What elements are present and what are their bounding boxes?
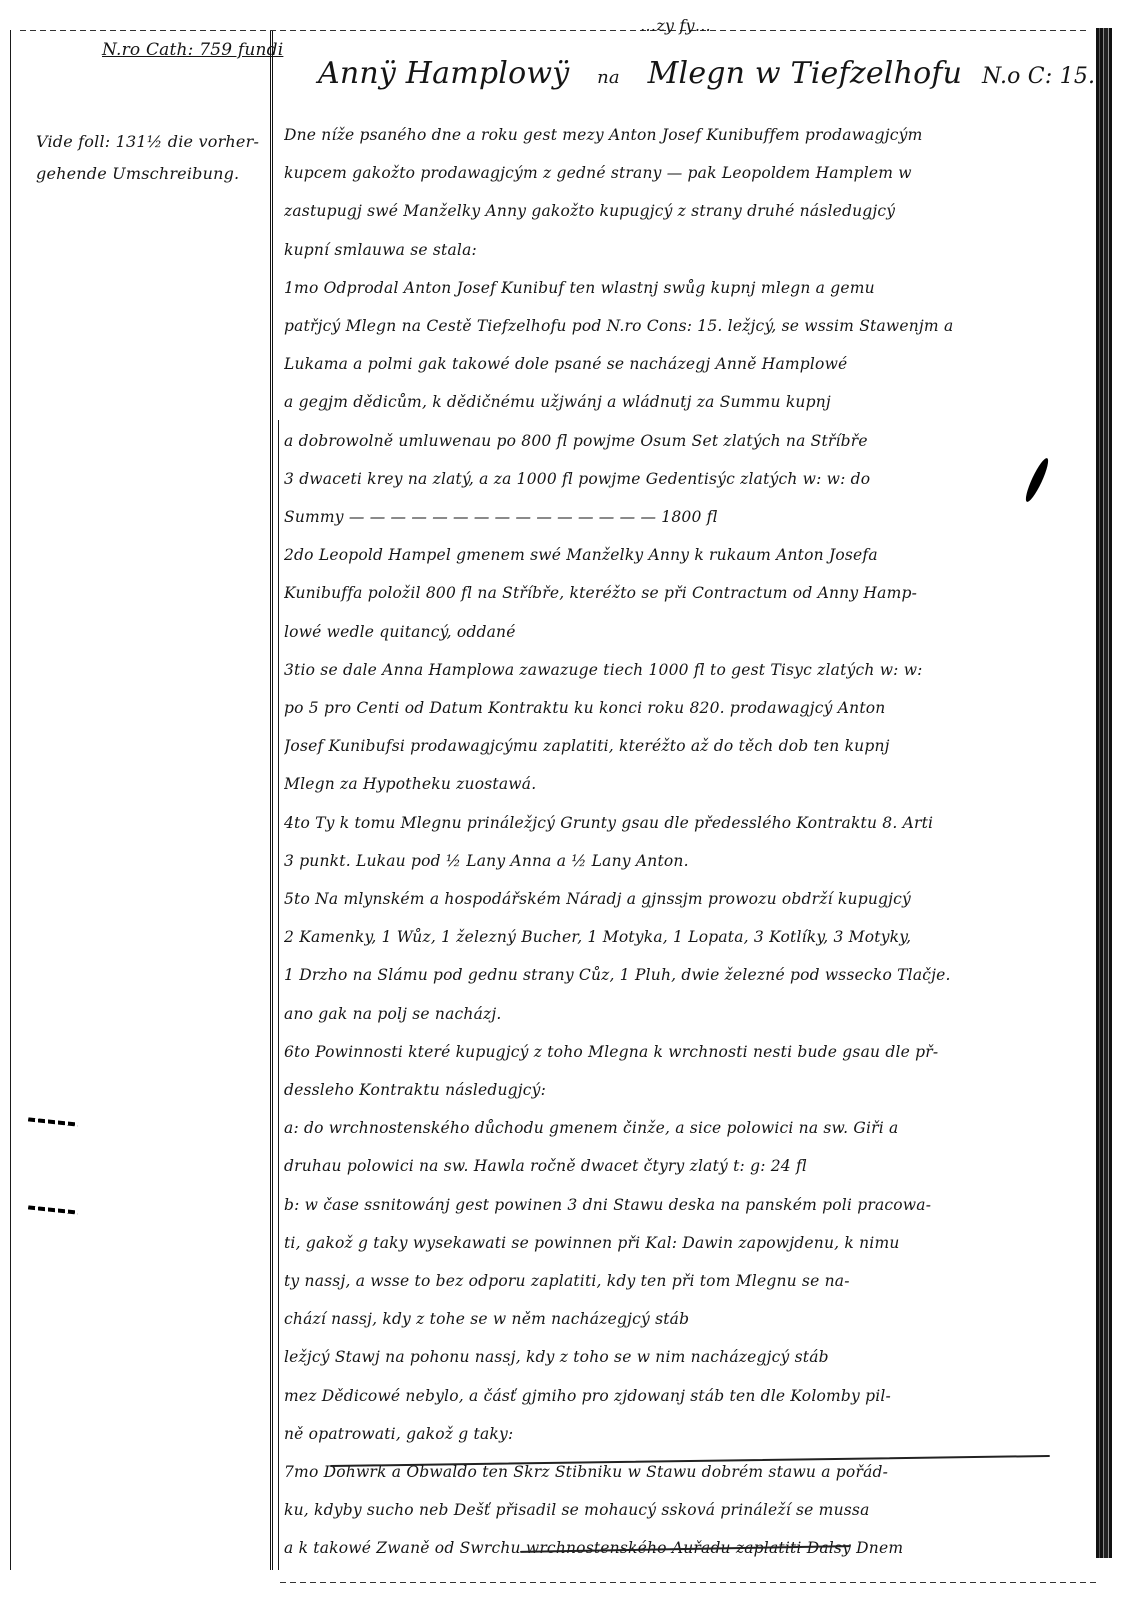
record-line: mez Dědicowé nebylo, a čásť gjmiho pro z… (284, 1387, 891, 1405)
record-line: Mlegn za Hypotheku zuostawá. (284, 775, 536, 793)
record-line: po 5 pro Centi od Datum Kontraktu ku kon… (284, 699, 885, 717)
record-line: Josef Kunibufsi prodawagjcýmu zaplatiti,… (284, 737, 890, 755)
title-recipient: Annÿ Hamplowÿ (318, 56, 569, 91)
catalog-number-note: N.ro Cath: 759 fundi (102, 40, 283, 60)
record-line: a dobrowolně umluwenau po 800 fl powjme … (284, 432, 868, 450)
record-title: Annÿ Hamplowÿ na Mlegn w Tiefzelhofu N.o… (318, 56, 1095, 91)
record-line: 3tio se dale Anna Hamplowa zawazuge tiec… (284, 661, 923, 679)
record-line: patřjcý Mlegn na Cestě Tiefzelhofu pod N… (284, 317, 953, 335)
record-line: a: do wrchnostenského důchodu gmenem čin… (284, 1119, 899, 1137)
record-line: 2 Kamenky, 1 Wůz, 1 železný Bucher, 1 Mo… (284, 928, 911, 946)
left-margin-line (10, 30, 11, 1570)
record-line: ti, gakož g taky wysekawati se powinnen … (284, 1234, 900, 1252)
record-line: druhau polowici na sw. Hawla ročně dwace… (284, 1157, 807, 1175)
record-line: 1mo Odprodal Anton Josef Kunibuf ten wla… (284, 279, 875, 297)
record-line: 2do Leopold Hampel gmenem swé Manželky A… (284, 546, 878, 564)
column-divider-line (270, 30, 273, 1570)
record-line: a k takowé Zwaně od Swrchu wrchnostenské… (284, 1539, 903, 1557)
record-line: ano gak na polj se nacházj. (284, 1005, 502, 1023)
binding-thread-mark (28, 1205, 78, 1214)
record-line: ty nassj, a wsse to bez odporu zaplatiti… (284, 1272, 850, 1290)
record-line: Lukama a polmi gak takowé dole psané se … (284, 355, 847, 373)
record-line: b: w čase ssnitowánj gest powinen 3 dni … (284, 1196, 931, 1214)
main-column-left-line (278, 420, 279, 1570)
bottom-rule (280, 1582, 1100, 1583)
document-page: N.ro Cath: 759 fundi Vide foll: 131½ die… (0, 0, 1131, 1600)
title-house-number: N.o C: 15. (982, 64, 1095, 89)
margin-note-line-2: gehende Umschreibung. (36, 164, 239, 183)
record-line: 6to Powinnosti které kupugjcý z toho Mle… (284, 1043, 938, 1061)
title-connector: na (597, 67, 620, 88)
scan-edge-band (1096, 28, 1112, 1558)
record-line: kupní smlauwa se stala: (284, 241, 477, 259)
record-line: 3 dwaceti krey na zlatý, a za 1000 fl po… (284, 470, 870, 488)
record-line: Summy — — — — — — — — — — — — — — — 1800… (284, 508, 718, 526)
record-line: 5to Na mlynském a hospodářském Náradj a … (284, 890, 911, 908)
record-line: lowé wedle quitancý, oddané (284, 623, 516, 641)
record-line: ně opatrowati, gakož g taky: (284, 1425, 513, 1443)
record-line: 1 Drzho na Slámu pod gednu strany Cůz, 1… (284, 966, 951, 984)
record-line: a gegjm dědicům, k dědičnému užjwánj a w… (284, 393, 831, 411)
record-line: 3 punkt. Lukau pod ½ Lany Anna a ½ Lany … (284, 852, 689, 870)
record-line: chází nassj, kdy z tohe se w něm nacháze… (284, 1310, 689, 1328)
header-fragment: …zy fy… (640, 16, 711, 35)
record-line: Dne níže psaného dne a roku gest mezy An… (284, 126, 923, 144)
record-line: ku, kdyby sucho neb Dešť přisadil se moh… (284, 1501, 870, 1519)
record-line: 4to Ty k tomu Mlegnu prináležjcý Grunty … (284, 814, 933, 832)
title-place: Mlegn w Tiefzelhofu (648, 56, 963, 91)
record-line: zastupugj swé Manželky Anny gakožto kupu… (284, 202, 895, 220)
ink-blot (1022, 456, 1051, 504)
margin-note-line-1: Vide foll: 131½ die vorher- (36, 132, 259, 151)
binding-thread-mark (28, 1117, 78, 1126)
record-line: Kunibuffa položil 800 fl na Stříbře, kte… (284, 584, 917, 602)
record-line: kupcem gakožto prodawagjcým z gedné stra… (284, 164, 912, 182)
top-rule (20, 30, 1090, 31)
record-line: dessleho Kontraktu následugjcý: (284, 1081, 546, 1099)
record-line: ležjcý Stawj na pohonu nassj, kdy z toho… (284, 1348, 829, 1366)
